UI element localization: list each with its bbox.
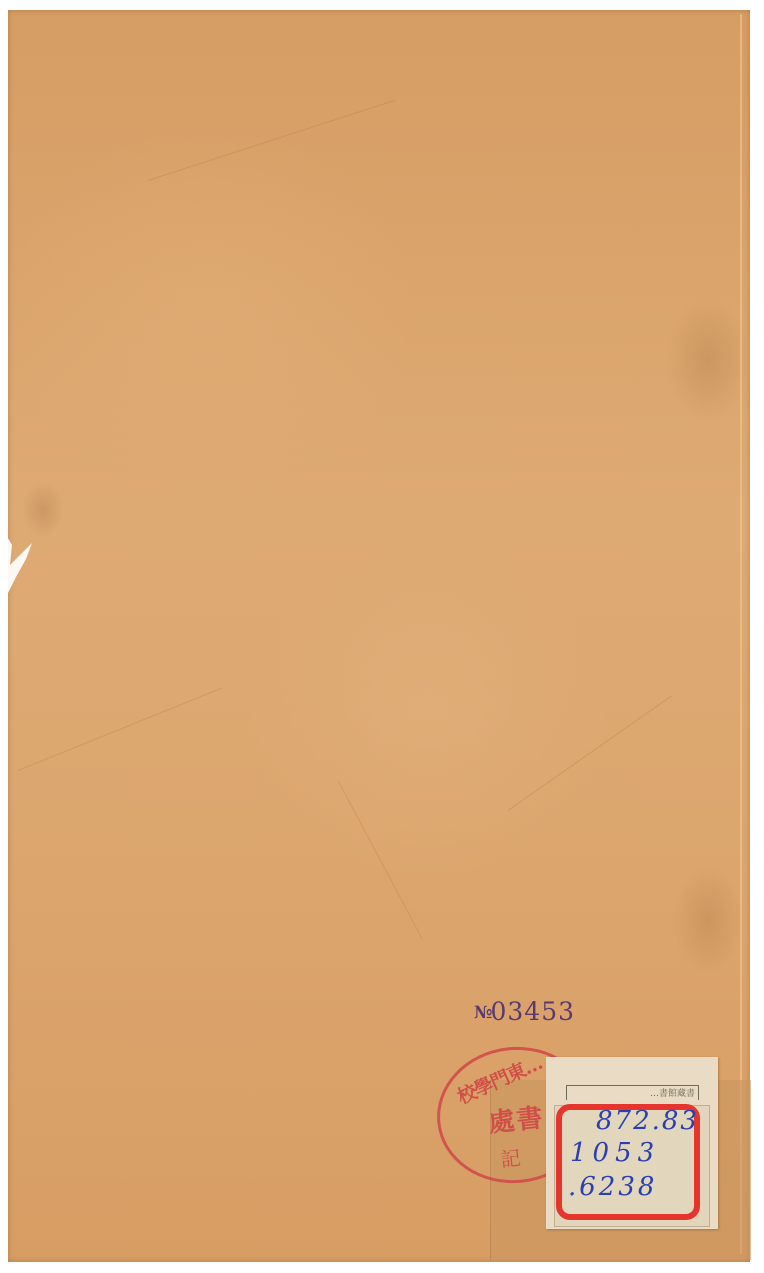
page-edge — [740, 14, 742, 1254]
stamp-line-2: 處書 — [487, 1097, 547, 1140]
paper-crease — [338, 780, 423, 939]
call-number-line-1: 872.83 — [596, 1106, 699, 1136]
call-number-box: 872.83 1053 .6238 — [556, 1104, 700, 1220]
catalog-number: №03453 — [474, 997, 575, 1026]
call-number-line-3: .6238 — [568, 1172, 657, 1202]
catalog-number-value: 03453 — [490, 997, 575, 1026]
paper-crease — [18, 688, 222, 771]
call-number-line-2: 1053 — [570, 1138, 660, 1168]
catalog-number-prefix: № — [474, 1003, 490, 1023]
paper-tear-mark — [6, 525, 36, 595]
label-header: …書館藏書 — [566, 1085, 699, 1100]
paper-crease — [148, 100, 396, 181]
stamp-line-3: 記 — [499, 1142, 522, 1173]
paper-crease — [508, 695, 672, 811]
